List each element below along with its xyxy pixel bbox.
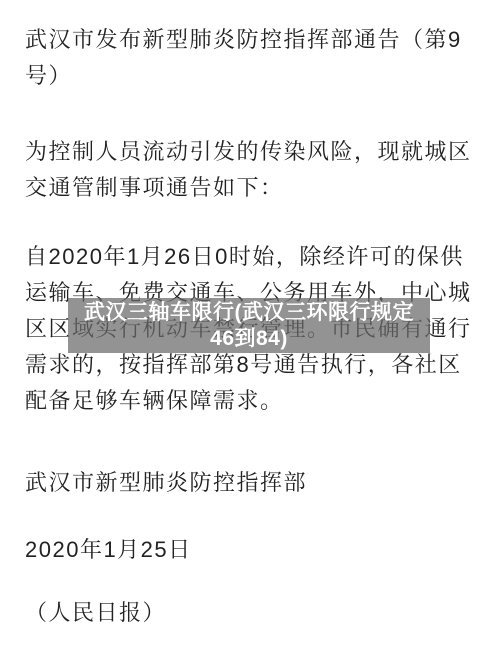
caption-overlay-line1: 武汉三轴车限行(武汉三环限行规定 (84, 300, 414, 326)
article-title: 武汉市发布新型肺炎防控指挥部通告（第9号） (25, 22, 475, 94)
article-date: 2020年1月25日 (25, 532, 475, 568)
article-signature: 武汉市新型肺炎防控指挥部 (25, 465, 475, 501)
article-paragraph-intro: 为控制人员流动引发的传染风险，现就城区交通管制事项通告如下： (25, 134, 475, 206)
image-caption-overlay: 武汉三轴车限行(武汉三环限行规定 46到84) (68, 298, 430, 353)
article-source: （人民日报） (25, 595, 475, 631)
article-page: 武汉市发布新型肺炎防控指挥部通告（第9号） 为控制人员流动引发的传染风险，现就城… (0, 0, 500, 648)
caption-overlay-line2: 46到84) (210, 326, 288, 352)
